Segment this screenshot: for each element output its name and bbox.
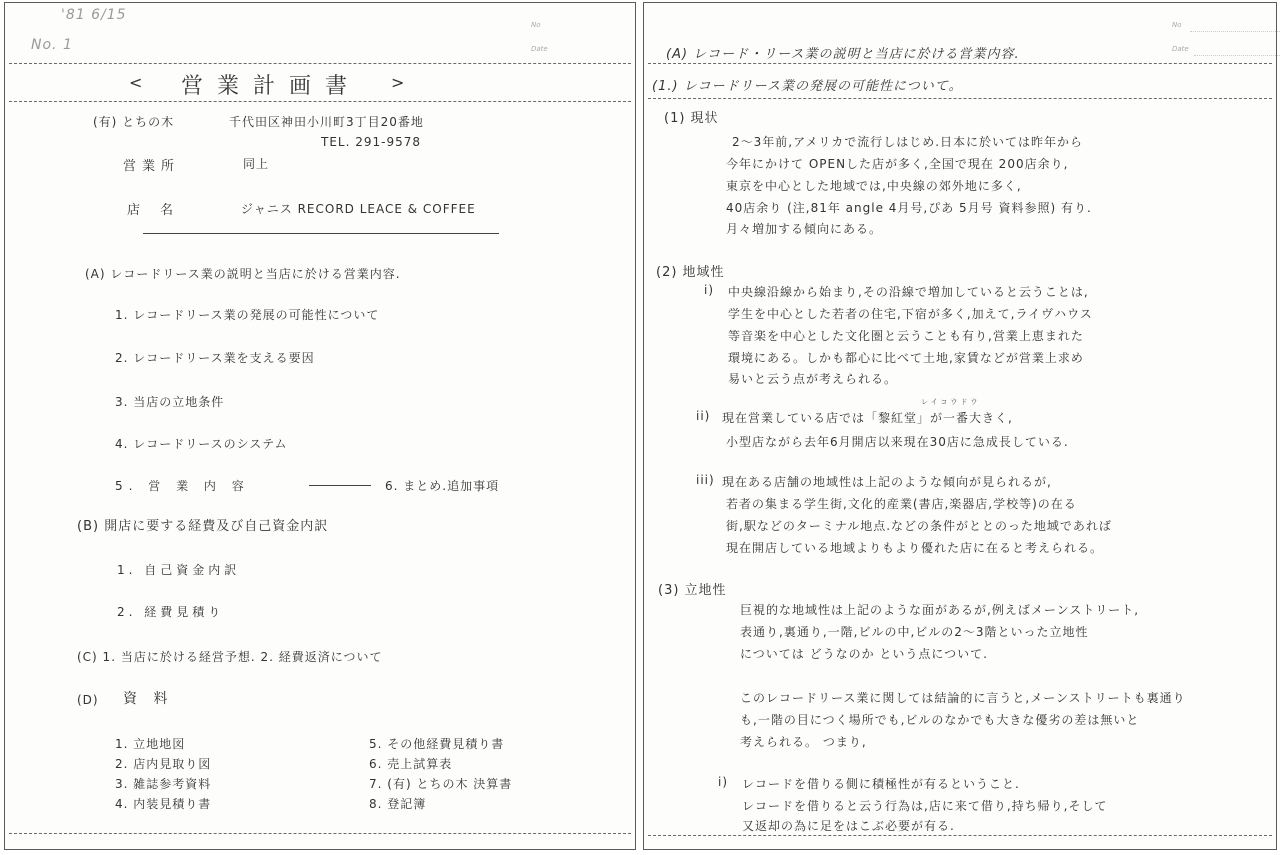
company-tel: TEL. 291-9578 bbox=[321, 135, 421, 149]
text-line: も,一階の目につく場所でも,ビルのなかでも大きな優劣の差は無いと bbox=[740, 711, 1139, 728]
meta-no-line bbox=[1190, 31, 1280, 32]
material-item: 4. 内装見積り書 bbox=[115, 795, 211, 812]
office-value: 同上 bbox=[243, 155, 269, 172]
text-line: 考えられる。 つまり, bbox=[740, 733, 867, 750]
point-iii-label: iii) bbox=[696, 473, 715, 487]
meta-no-label: No bbox=[1172, 21, 1182, 29]
text-line: 月々増加する傾向にある。 bbox=[726, 220, 882, 237]
heading-a: (A) レコード・リース業の説明と当店に於ける営業内容. bbox=[666, 43, 1020, 62]
point-i-label: i) bbox=[718, 775, 728, 789]
text-line: 又返却の為に足をはこぶ必要が有る. bbox=[742, 817, 955, 834]
sub2-heading: (2) 地域性 bbox=[656, 261, 725, 280]
section-b-heading: (B) 開店に要する経費及び自己資金内訳 bbox=[77, 515, 328, 534]
material-item: 1. 立地地図 bbox=[115, 735, 185, 752]
meta-date-line bbox=[1194, 55, 1280, 56]
text-line: 表通り,裏通り,一階,ビルの中,ビルの2～3階といった立地性 bbox=[740, 623, 1089, 640]
section-a-item: 5. 営 業 内 容 bbox=[115, 477, 250, 494]
material-item: 2. 店内見取り図 bbox=[115, 755, 211, 772]
point-i-label: i) bbox=[704, 283, 714, 297]
text-line: レコードを借りる側に積極性が有るということ. bbox=[742, 775, 1020, 792]
ruled-line bbox=[9, 833, 631, 834]
section-b-item: 2. 経費見積り bbox=[117, 603, 224, 620]
handwritten-date: '81 6/15 bbox=[61, 7, 127, 23]
right-page: No Date (A) レコード・リース業の説明と当店に於ける営業内容. (1.… bbox=[643, 2, 1277, 850]
text-line: 学生を中心とした若者の住宅,下宿が多く,加えて,ライヴハウス bbox=[728, 305, 1093, 322]
text-line: については どうなのか という点について. bbox=[740, 645, 988, 662]
title-open-bracket: < bbox=[129, 73, 143, 92]
text-line: 中央線沿線から始まり,その沿線で増加していると云うことは, bbox=[728, 283, 1089, 300]
material-item: 3. 雑誌参考資料 bbox=[115, 775, 211, 792]
point-ii-label: ii) bbox=[696, 409, 710, 423]
text-line: 小型店ながら去年6月開店以来現在30店に急成長している. bbox=[726, 433, 1069, 450]
material-item: 6. 売上試算表 bbox=[369, 755, 452, 772]
text-line: 今年にかけて OPENした店が多く,全国で現在 200店余り, bbox=[726, 155, 1068, 172]
text-line: レコードを借りると云う行為は,店に来て借り,持ち帰り,そして bbox=[742, 797, 1107, 814]
text-line: 若者の集まる学生街,文化的産業(書店,楽器店,学校等)の在る bbox=[726, 495, 1077, 512]
text-line: 40店余り (注,81年 angle 4月号,ぴあ 5月号 資料参照) 有り. bbox=[726, 199, 1092, 216]
text-line: 巨視的な地域性は上記のような面があるが,例えばメーンストリート, bbox=[740, 601, 1139, 618]
store-name-value: ジャニス RECORD LEACE & COFFEE bbox=[241, 200, 476, 217]
section-a-item: 3. 当店の立地条件 bbox=[115, 393, 224, 410]
material-item: 7. (有) とちの木 決算書 bbox=[369, 775, 512, 792]
meta-no-label: No bbox=[531, 21, 541, 29]
material-item: 8. 登記簿 bbox=[369, 795, 426, 812]
office-label: 営業所 bbox=[123, 155, 180, 174]
section-a-item: 2. レコードリース業を支える要因 bbox=[115, 349, 315, 366]
text-line: 東京を中心とした地域では,中央線の郊外地に多く, bbox=[726, 177, 1022, 194]
store-name-label: 店名 bbox=[127, 199, 193, 218]
ruby-reading: レイコウドウ bbox=[921, 397, 980, 407]
material-item: 5. その他経費見積り書 bbox=[369, 735, 504, 752]
company-address: 千代田区神田小川町3丁目20番地 bbox=[229, 113, 424, 130]
ruled-line bbox=[648, 98, 1272, 99]
section-a-item: 4. レコードリースのシステム bbox=[115, 435, 287, 452]
text-line: このレコードリース業に関しては結論的に言うと,メーンストリートも裏通り bbox=[740, 689, 1186, 706]
ruled-line bbox=[9, 101, 631, 102]
ruled-line bbox=[9, 63, 631, 64]
section-a-item: 1. レコードリース業の発展の可能性について bbox=[115, 306, 379, 323]
text-line: 2～3年前,アメリカで流行しはじめ.日本に於いては昨年から bbox=[732, 133, 1083, 150]
page-title: 営業計画書 bbox=[181, 69, 361, 100]
text-line: 易いと云う点が考えられる。 bbox=[728, 370, 897, 387]
ruled-line bbox=[648, 63, 1272, 64]
dash-connector bbox=[309, 485, 371, 486]
section-b-item: 1. 自己資金内訳 bbox=[117, 561, 240, 578]
text-line: 現在ある店舗の地域性は上記のような傾向が見られるが, bbox=[722, 473, 1052, 490]
heading-1: (1.) レコードリース業の発展の可能性について。 bbox=[652, 75, 963, 94]
text-line: 現在開店している地域よりもより優れた店に在ると考えられる。 bbox=[726, 539, 1103, 556]
page-number: No. 1 bbox=[31, 37, 73, 53]
text-line: 現在営業している店では「黎紅堂」が一番大きく, bbox=[722, 409, 1013, 426]
section-a-heading: (A) レコードリース業の説明と当店に於ける営業内容. bbox=[85, 265, 401, 282]
section-d-label: (D) bbox=[77, 693, 99, 707]
section-c-heading: (C) 1. 当店に於ける経営予想. 2. 経費返済について bbox=[77, 648, 382, 665]
title-close-bracket: > bbox=[391, 73, 405, 92]
text-line: 街,駅などのターミナル地点.などの条件がととのった地域であれば bbox=[726, 517, 1112, 534]
text-line: 環境にある。しかも都心に比べて土地,家賃などが営業上求め bbox=[728, 349, 1084, 366]
left-page: '81 6/15 No. 1 No Date < 営業計画書 > (有) とちの… bbox=[4, 2, 636, 850]
meta-date-label: Date bbox=[531, 45, 548, 53]
text-line: 等音楽を中心とした文化圏と云うことも有り,営業上恵まれた bbox=[728, 327, 1084, 344]
underline bbox=[143, 233, 499, 234]
meta-date-label: Date bbox=[1172, 45, 1189, 53]
sub1-heading: (1) 現状 bbox=[664, 107, 719, 126]
company-name: (有) とちの木 bbox=[93, 113, 174, 130]
sub3-heading: (3) 立地性 bbox=[658, 579, 727, 598]
section-d-heading: 資 料 bbox=[123, 688, 173, 708]
section-a-item: 6. まとめ.追加事項 bbox=[385, 477, 499, 494]
ruled-line bbox=[648, 835, 1272, 836]
